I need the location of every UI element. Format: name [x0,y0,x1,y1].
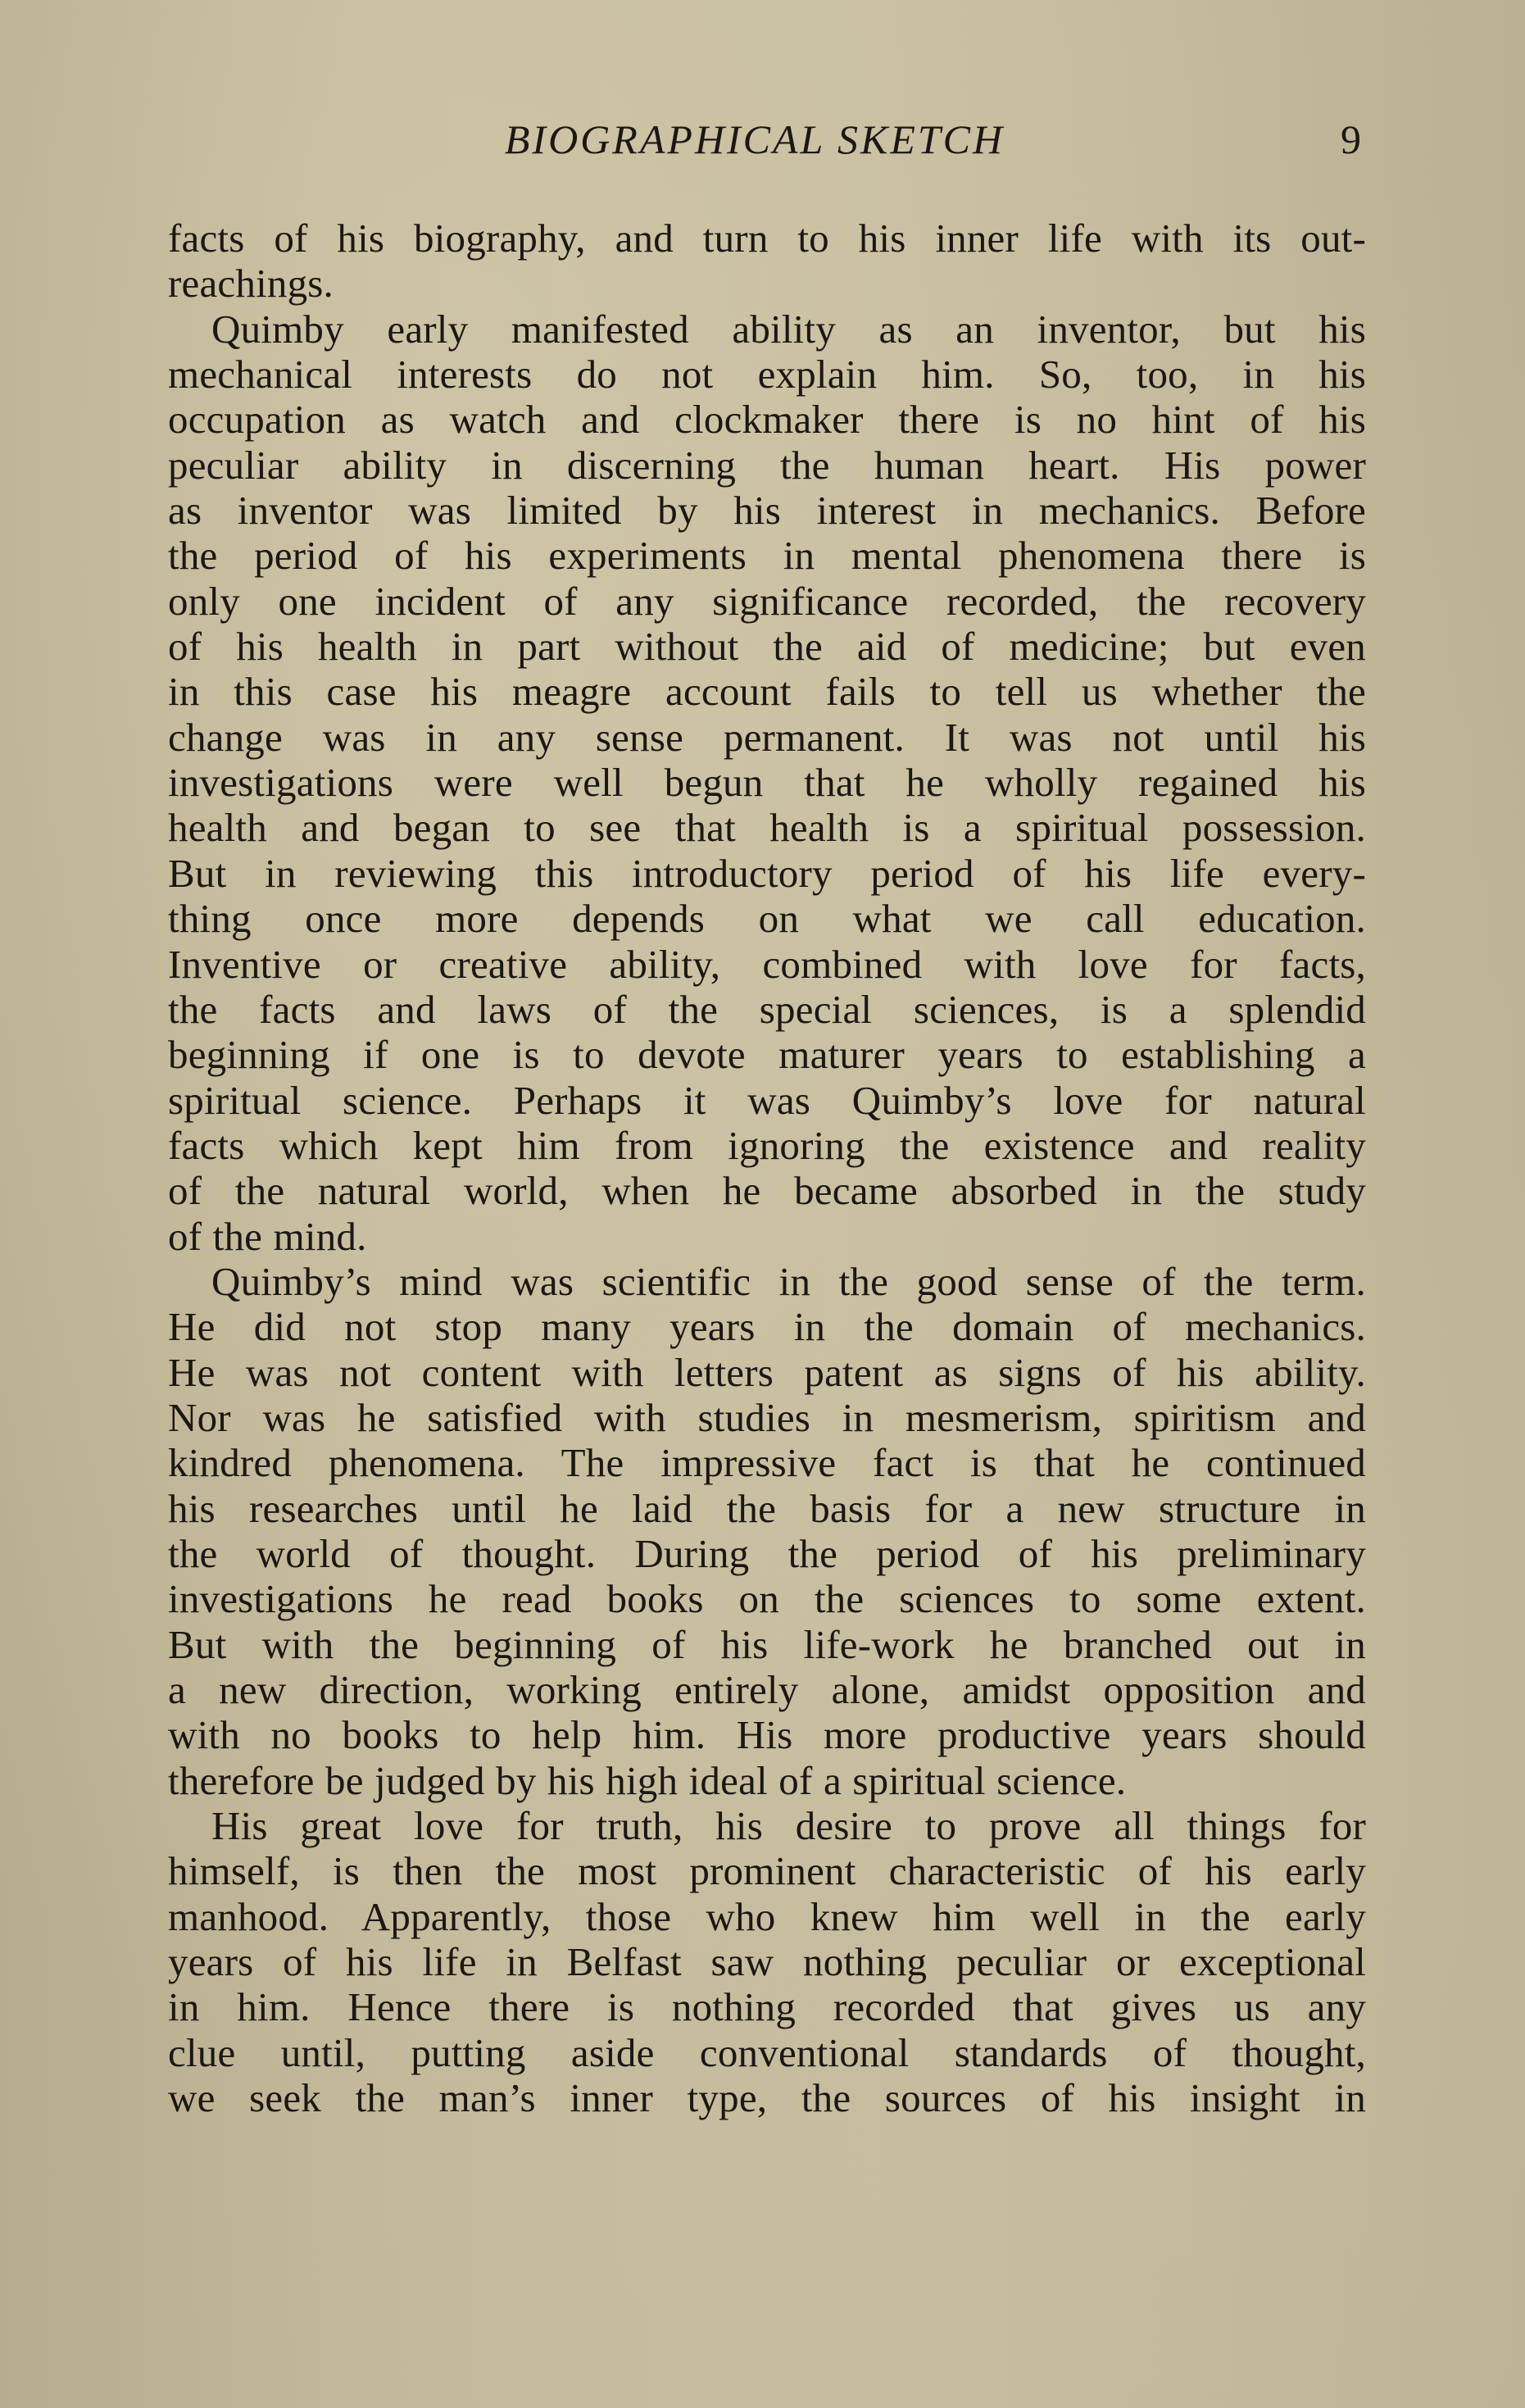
text-line: reachings. [168,261,1366,306]
text-line: kindred phenomena. The impressive fact i… [168,1440,1366,1485]
text-line: Quimby early manifested ability as an in… [168,307,1366,352]
text-line: himself, is then the most prominent char… [168,1848,1366,1893]
text-line: in him. Hence there is nothing recorded … [168,1984,1366,2029]
text-line: beginning if one is to devote maturer ye… [168,1032,1366,1077]
body-text: facts of his biography, and turn to his … [168,216,1366,2120]
text-line: of his health in part without the aid of… [168,624,1366,669]
text-line: investigations were well begun that he w… [168,760,1366,805]
text-line: facts of his biography, and turn to his … [168,216,1366,261]
text-line: thing once more depends on what we call … [168,896,1366,941]
text-line: His great love for truth, his desire to … [168,1803,1366,1848]
text-line: But in reviewing this introductory perio… [168,851,1366,896]
text-line: the facts and laws of the special scienc… [168,987,1366,1032]
text-line: only one incident of any significance re… [168,579,1366,624]
text-line: change was in any sense permanent. It wa… [168,715,1366,760]
text-line: Inventive or creative ability, combined … [168,942,1366,987]
text-line: spiritual science. Perhaps it was Quimby… [168,1078,1366,1123]
text-line: investigations he read books on the scie… [168,1576,1366,1621]
text-line: manhood. Apparently, those who knew him … [168,1894,1366,1939]
text-line: the period of his experiments in mental … [168,533,1366,578]
running-head: BIOGRAPHICAL SKETCH 9 [168,115,1366,164]
text-line: the world of thought. During the period … [168,1531,1366,1576]
text-line: health and began to see that health is a… [168,805,1366,850]
page-number: 9 [1341,115,1361,164]
book-page: BIOGRAPHICAL SKETCH 9 facts of his biogr… [0,0,1525,2408]
text-line: of the natural world, when he became abs… [168,1168,1366,1213]
text-line: therefore be judged by his high ideal of… [168,1758,1366,1803]
text-line: in this case his meagre account fails to… [168,669,1366,714]
text-line: as inventor was limited by his interest … [168,488,1366,533]
text-line: He did not stop many years in the domain… [168,1304,1366,1349]
text-line: clue until, putting aside conventional s… [168,2030,1366,2075]
text-line: peculiar ability in discerning the human… [168,443,1366,488]
running-title: BIOGRAPHICAL SKETCH [168,115,1366,164]
text-line: Nor was he satisfied with studies in mes… [168,1395,1366,1440]
text-line: But with the beginning of his life-work … [168,1622,1366,1667]
text-line: of the mind. [168,1214,1366,1259]
text-line: Quimby’s mind was scientific in the good… [168,1259,1366,1304]
text-line: with no books to help him. His more prod… [168,1712,1366,1757]
text-line: his researches until he laid the basis f… [168,1486,1366,1531]
text-line: years of his life in Belfast saw nothing… [168,1939,1366,1984]
text-line: He was not content with letters patent a… [168,1350,1366,1395]
text-line: facts which kept him from ignoring the e… [168,1123,1366,1168]
text-line: occupation as watch and clockmaker there… [168,397,1366,442]
text-line: a new direction, working entirely alone,… [168,1667,1366,1712]
text-line: we seek the man’s inner type, the source… [168,2075,1366,2120]
text-line: mechanical interests do not explain him.… [168,352,1366,397]
